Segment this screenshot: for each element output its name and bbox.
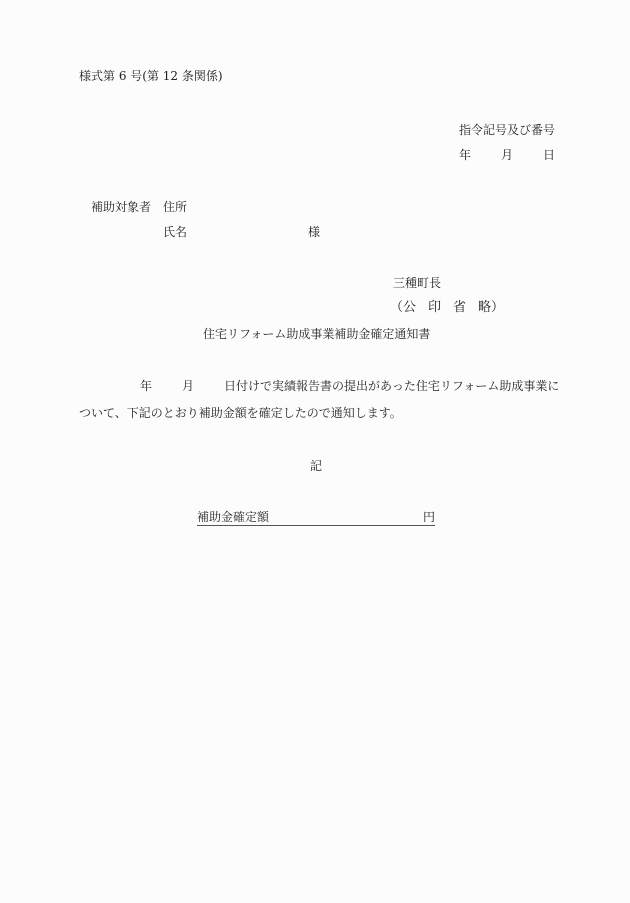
body-paragraph-line1: 年月日付けで実績報告書の提出があった住宅リフォーム助成事業に (140, 380, 559, 392)
body-text-line1: 日付けで実績報告書の提出があった住宅リフォーム助成事業に (224, 379, 559, 393)
issue-date-month: 月 (501, 149, 513, 161)
body-year: 年 (140, 379, 152, 393)
amount-label: 補助金確定額 (197, 511, 269, 523)
reference-number-label: 指令記号及び番号 (459, 124, 555, 136)
form-number: 様式第 6 号(第 12 条関係) (79, 70, 223, 82)
issue-date: 年月日 (459, 149, 555, 161)
address-label: 住所 (163, 201, 187, 213)
confirmed-amount-line: 補助金確定額 円 (197, 511, 435, 526)
seal-text-part: 省 (453, 300, 466, 315)
body-paragraph-line2: ついて、下記のとおり補助金額を確定したので通知します。 (79, 407, 402, 419)
ki-heading: 記 (310, 460, 322, 472)
seal-text-part: （公 (390, 300, 416, 315)
issue-date-day: 日 (543, 149, 555, 161)
amount-unit: 円 (423, 511, 435, 523)
body-month: 月 (182, 379, 194, 393)
seal-omitted-note: （公印省略） (390, 301, 504, 314)
issue-date-year: 年 (459, 149, 471, 161)
name-label: 氏名 (163, 226, 187, 238)
seal-text-part: 印 (428, 300, 441, 315)
document-title: 住宅リフォーム助成事業補助金確定通知書 (203, 328, 430, 340)
issuer-title: 三種町長 (393, 277, 441, 289)
seal-text-part: 略） (478, 300, 504, 315)
recipient-label: 補助対象者 (91, 201, 151, 213)
honorific: 様 (308, 226, 320, 238)
